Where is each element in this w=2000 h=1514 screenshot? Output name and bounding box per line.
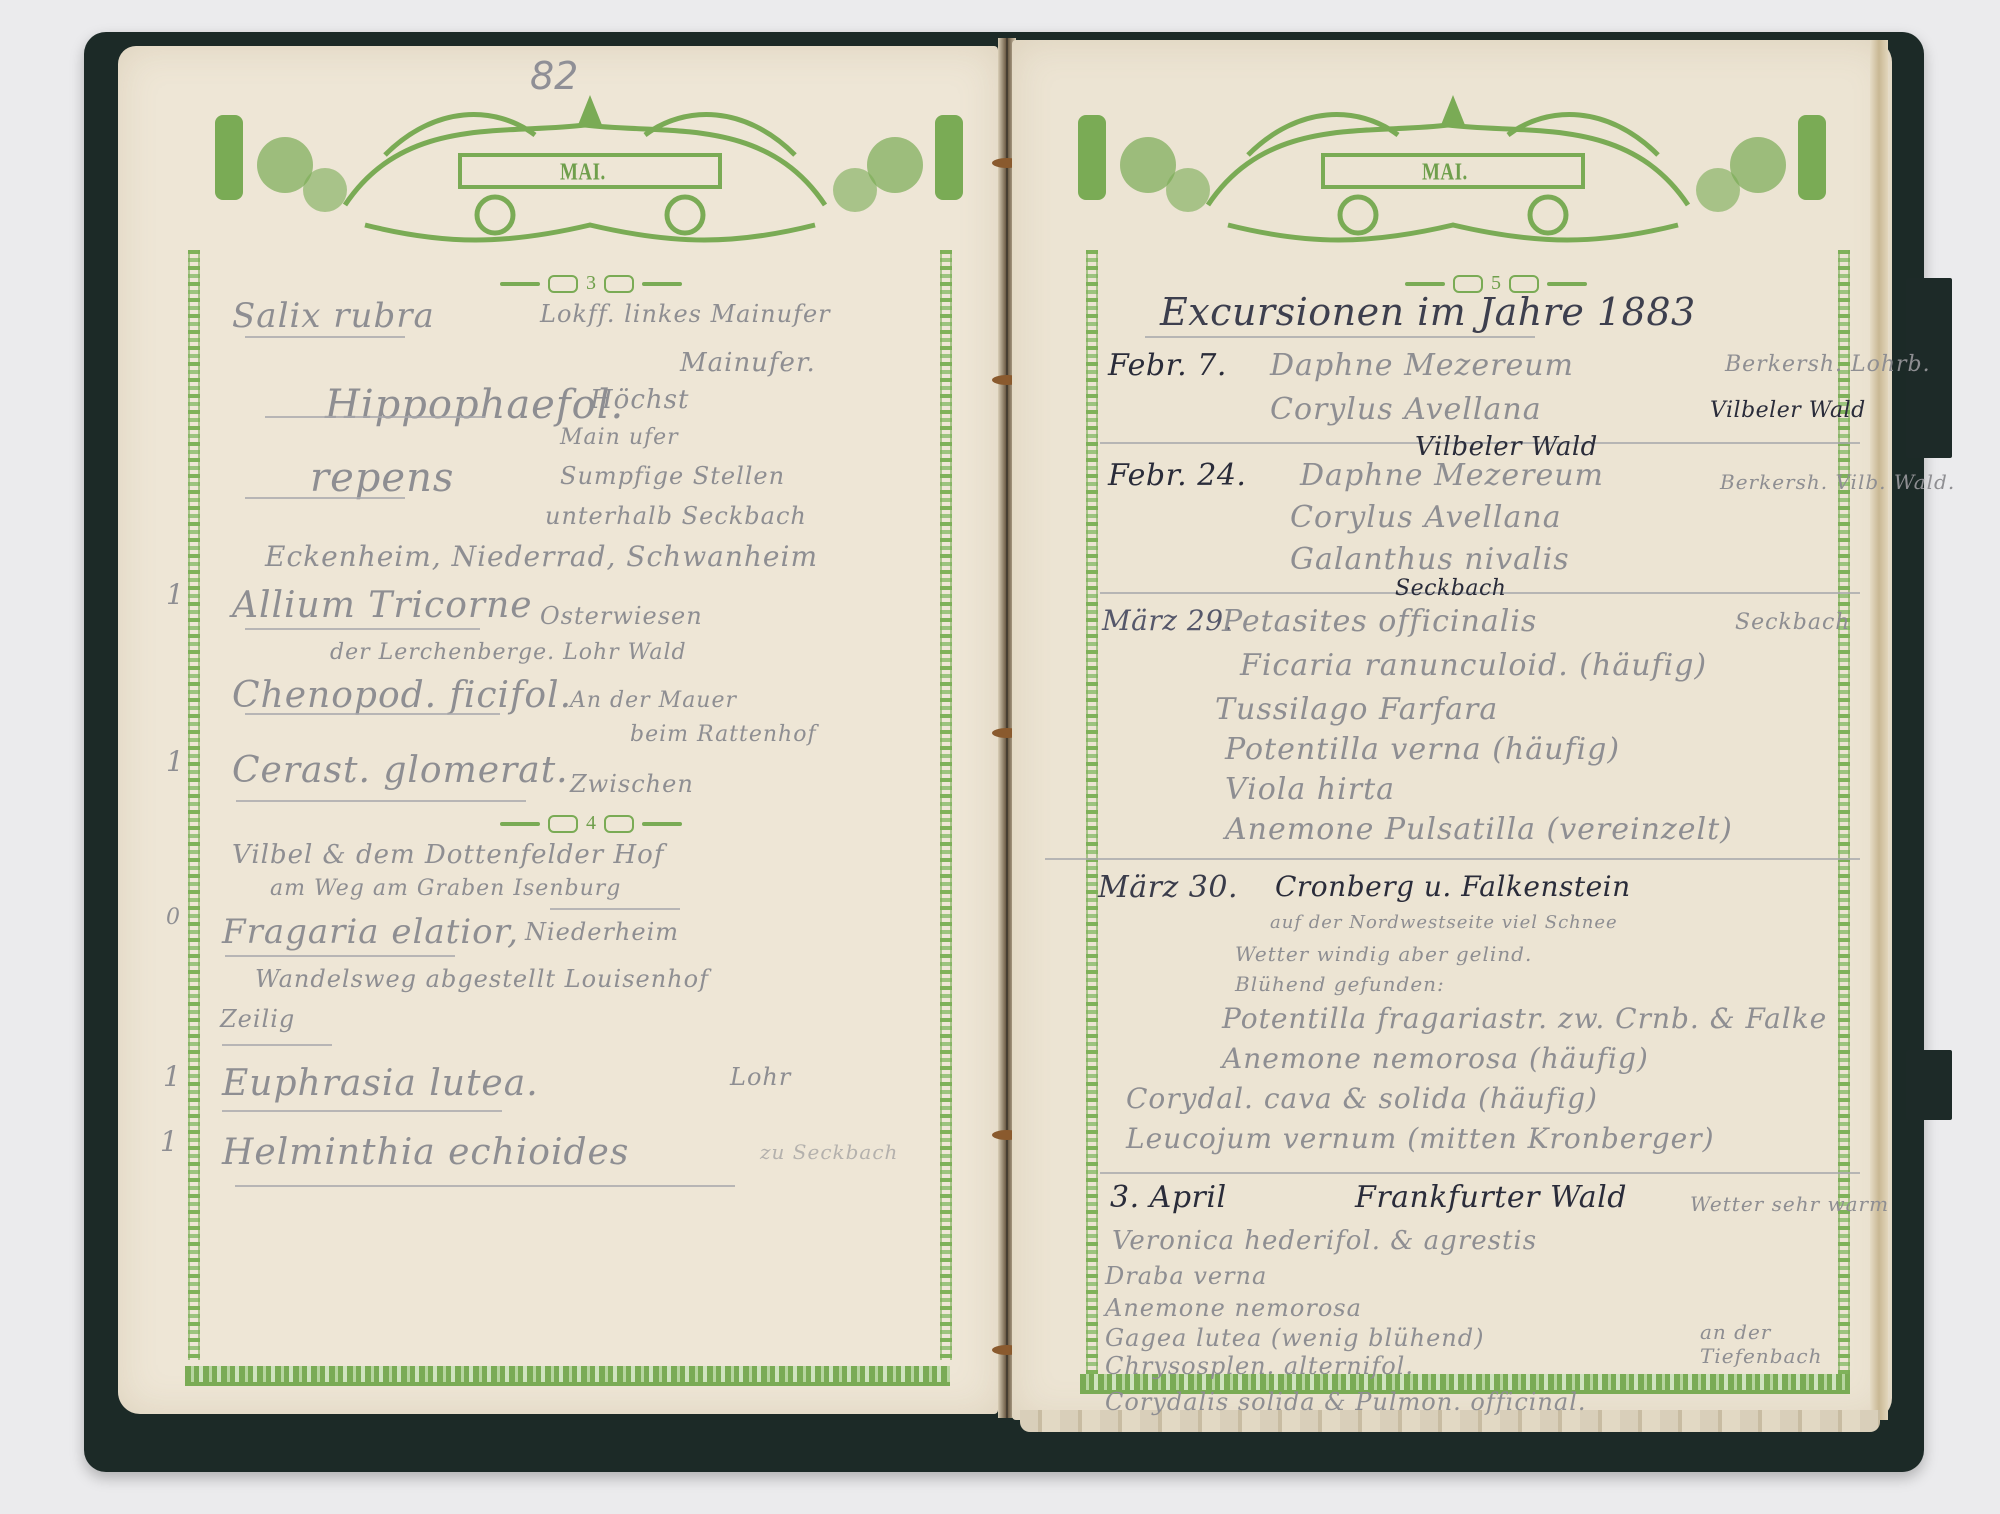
entry-divider [1045, 858, 1860, 860]
underline [245, 497, 405, 499]
location-note: am Weg am Graben Isenburg [270, 876, 621, 901]
underline [222, 1110, 502, 1112]
location-note: Osterwiesen [540, 602, 703, 630]
location-note: Vilbel & dem Dottenfelder Hof [232, 840, 664, 870]
month-label-right: MAI. [1422, 159, 1468, 187]
underline [1145, 336, 1535, 338]
underline [265, 416, 485, 418]
species-line: Anemone Pulsatilla (vereinzelt) [1225, 812, 1733, 847]
location-note: An der Mauer [570, 688, 737, 713]
underline [222, 1044, 332, 1046]
species-line: Galanthus nivalis [1290, 542, 1570, 577]
tally-mark: 1 [166, 578, 185, 611]
tally-mark: 0 [166, 905, 181, 930]
side-note: Wetter sehr warm [1690, 1192, 1889, 1216]
species-line: Corylus Avellana [1290, 500, 1562, 535]
location-note: Zwischen [570, 770, 694, 798]
entry-date: Febr. 7. [1108, 348, 1227, 383]
location-note: Zeilig [220, 1005, 295, 1033]
species-line: Leucojum vernum (mitten Kronberger) [1126, 1122, 1715, 1155]
note-line: Blühend gefunden: [1235, 972, 1445, 996]
location-note: Höchst [590, 385, 689, 415]
location-note: der Lerchenberge. Lohr Wald [330, 640, 687, 665]
side-note: Berkersh. Lohrb. [1725, 352, 1931, 377]
species-line: Anemone nemorosa [1105, 1294, 1362, 1322]
species-entry: Chenopod. ficifol. [232, 675, 572, 716]
location-note: Mainufer. [680, 348, 816, 378]
bracket-note: an der Tiefenbach [1700, 1320, 1820, 1368]
location-note: Wandelsweg abgestellt Louisenhof [255, 965, 709, 993]
tally-mark: 1 [166, 745, 185, 778]
species-line: Viola hirta [1225, 772, 1395, 807]
species-entry: Helminthia echioides [222, 1132, 629, 1173]
underline [236, 800, 526, 802]
species-entry: Fragaria elatior, [222, 912, 519, 952]
species-entry: repens [310, 455, 454, 501]
species-line: Potentilla verna (häufig) [1225, 732, 1620, 767]
note-line: Wetter windig aber gelind. [1235, 942, 1532, 966]
underline [245, 628, 480, 630]
month-label-left: MAI. [560, 159, 606, 187]
species-line: Corylus Avellana [1270, 392, 1542, 427]
location-note: beim Rattenhof [630, 722, 817, 747]
side-note: Seckbach [1735, 610, 1850, 635]
tally-mark: 1 [163, 1060, 182, 1093]
note-line: auf der Nordwestseite viel Schnee [1270, 912, 1618, 933]
location-note: Eckenheim, Niederrad, Schwanheim [265, 540, 818, 573]
species-line: Chrysosplen. alternifol. [1105, 1352, 1414, 1380]
entry-date: März 29. [1102, 604, 1233, 637]
species-line: Corydal. cava & solida (häufig) [1126, 1082, 1598, 1115]
page-title: Excursionen im Jahre 1883 [1160, 290, 1696, 334]
bottom-border-rail [185, 1366, 950, 1386]
ribbon-tab-bottom [1906, 1050, 1952, 1120]
entry-location: Vilbeler Wald [1710, 398, 1866, 423]
day-marker-4: 4 [500, 812, 682, 835]
underline [550, 908, 680, 910]
species-entry: Cerast. glomerat. [232, 750, 569, 791]
species-line: Daphne Mezereum [1300, 458, 1604, 493]
side-note: Berkersh. Vilb. Wald. [1720, 470, 1955, 494]
species-line: Potentilla fragariastr. zw. Crnb. & Falk… [1222, 1002, 1827, 1035]
day-marker-3: 3 [500, 272, 682, 295]
entry-date: Febr. 24. [1108, 458, 1246, 493]
location-note: Lohr [730, 1063, 791, 1091]
left-border-rail [1086, 250, 1098, 1378]
underline [245, 713, 500, 715]
location-note: unterhalb Seckbach [545, 502, 807, 530]
location-note: zu Seckbach [760, 1140, 898, 1164]
species-line: Draba verna [1105, 1262, 1267, 1290]
species-entry: Salix rubra [232, 296, 435, 336]
species-line: Gagea lutea (wenig blühend) [1105, 1324, 1484, 1352]
species-line: Tussilago Farfara [1215, 692, 1498, 727]
underline [235, 1185, 735, 1187]
location-note: Niederheim [525, 918, 679, 946]
species-entry: Euphrasia lutea. [222, 1063, 539, 1104]
location-note: Main ufer [560, 425, 679, 450]
entry-date: 3. April [1110, 1180, 1227, 1215]
location-note: Sumpfige Stellen [560, 462, 785, 490]
underline [245, 336, 405, 338]
folio-number: 82 [530, 54, 578, 98]
species-line: Daphne Mezereum [1270, 348, 1574, 383]
right-border-rail [940, 250, 952, 1360]
species-line: Corydalis solida & Pulmon. officinal. [1105, 1388, 1587, 1416]
species-entry: Allium Tricorne [232, 585, 533, 626]
underline [225, 955, 455, 957]
entry-divider [1100, 1172, 1860, 1174]
entry-location: Cronberg u. Falkenstein [1275, 870, 1631, 903]
species-line: Petasites officinalis [1222, 604, 1537, 639]
location-note: Lokff. linkes Mainufer [540, 300, 831, 328]
species-line: Veronica hederifol. & agrestis [1112, 1226, 1537, 1256]
species-line: Anemone nemorosa (häufig) [1222, 1042, 1649, 1075]
left-border-rail [188, 250, 200, 1360]
entry-location: Frankfurter Wald [1355, 1180, 1627, 1215]
species-entry: Hippophaefol. [325, 382, 624, 428]
entry-location: Seckbach [1395, 576, 1506, 601]
species-line: Ficaria ranunculoid. (häufig) [1240, 648, 1707, 683]
tally-mark: 1 [160, 1125, 179, 1158]
entry-date: März 30. [1098, 870, 1238, 905]
